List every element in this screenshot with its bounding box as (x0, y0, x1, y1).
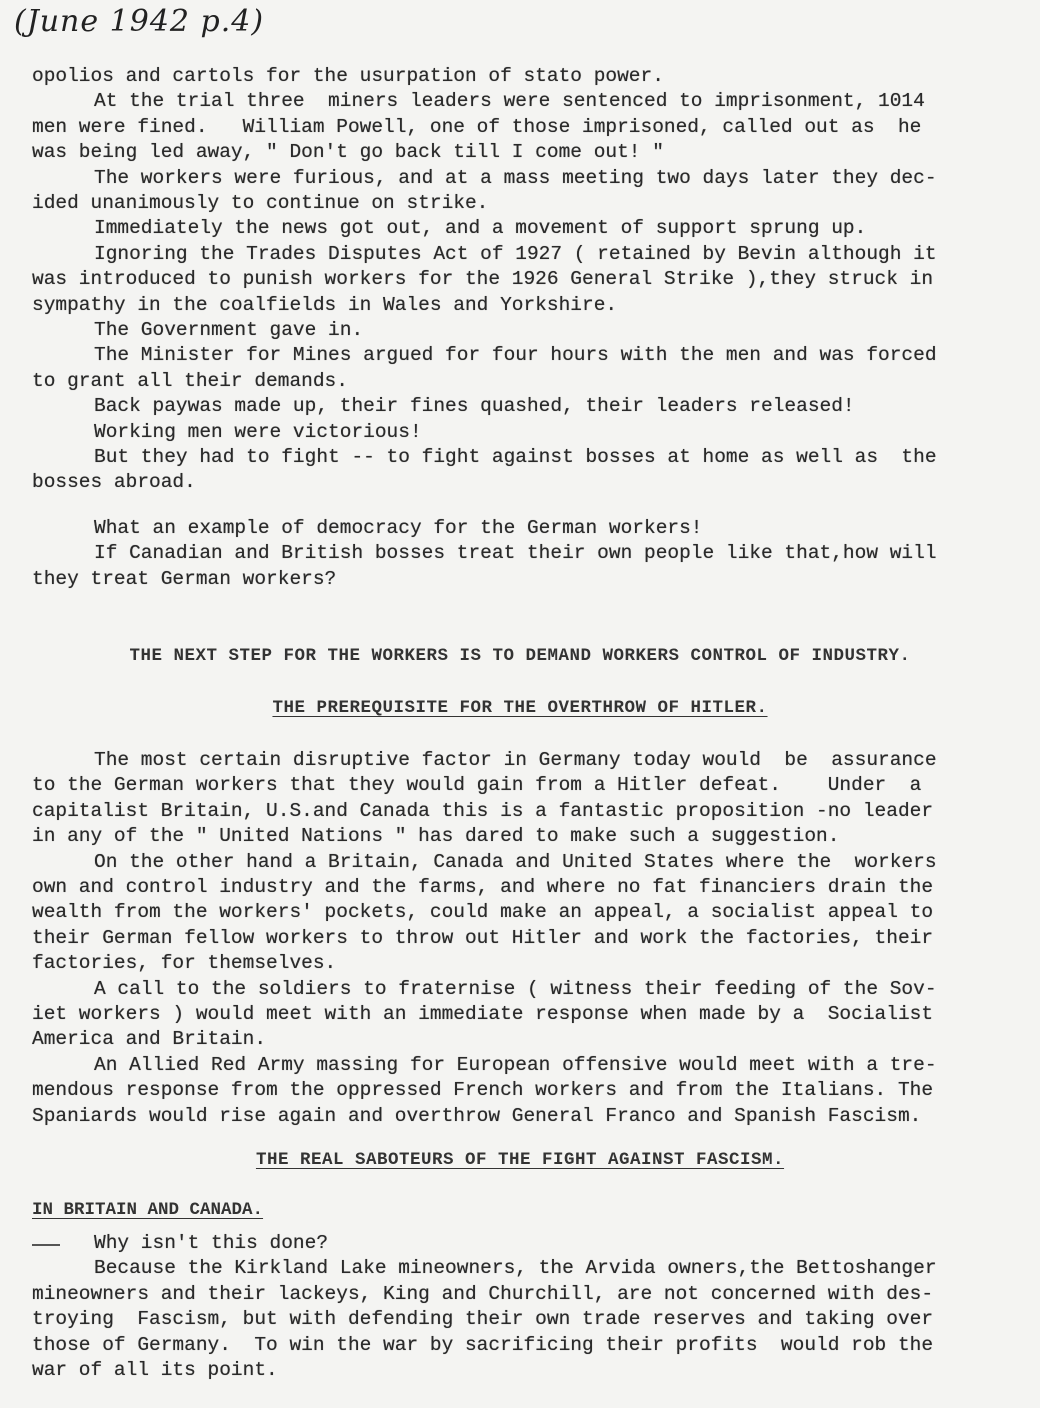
text-line: Spaniards would rise again and overthrow… (32, 1104, 1012, 1129)
heading-prerequisite: THE PREREQUISITE FOR THE OVERTHROW OF HI… (0, 698, 1040, 718)
text-line: An Allied Red Army massing for European … (32, 1053, 1040, 1078)
text-line: mineowners and their lackeys, King and C… (32, 1282, 1012, 1307)
text-line: own and control industry and the farms, … (32, 875, 1012, 900)
text-line: they treat German workers? (32, 567, 1012, 592)
text-line: If Canadian and British bosses treat the… (32, 541, 1040, 566)
text-line: capitalist Britain, U.S.and Canada this … (32, 799, 1012, 824)
text-line: Working men were victorious! (32, 420, 1040, 445)
text-line: troying Fascism, but with defending thei… (32, 1307, 1012, 1332)
text-line: in any of the " United Nations " has dar… (32, 824, 1012, 849)
text-line: Immediately the news got out, and a move… (32, 216, 1040, 241)
text-line: A call to the soldiers to fraternise ( w… (32, 977, 1040, 1002)
text-line: was introduced to punish workers for the… (32, 267, 1012, 292)
text-line: Ignoring the Trades Disputes Act of 1927… (32, 242, 1040, 267)
heading-real-saboteurs-text: THE REAL SABOTEURS OF THE FIGHT AGAINST … (256, 1150, 784, 1170)
heading-prerequisite-text: THE PREREQUISITE FOR THE OVERTHROW OF HI… (272, 698, 767, 718)
text-line: The Minister for Mines argued for four h… (32, 343, 1040, 368)
text-line: wealth from the workers' pockets, could … (32, 900, 1012, 925)
text-line: to the German workers that they would ga… (32, 773, 1012, 798)
text-line: mendous response from the oppressed Fren… (32, 1078, 1012, 1103)
text-line: ided unanimously to continue on strike. (32, 191, 1012, 216)
text-line: those of Germany. To win the war by sacr… (32, 1333, 1012, 1358)
document-page: (June 1942 p.4) opolios and cartols for … (0, 0, 1040, 1408)
text-line: The Government gave in. (32, 318, 1040, 343)
text-line: But they had to fight -- to fight agains… (32, 445, 1040, 470)
heading-next-step: THE NEXT STEP FOR THE WORKERS IS TO DEMA… (0, 646, 1040, 666)
text-line: The most certain disruptive factor in Ge… (32, 748, 1040, 773)
text-line: war of all its point. (32, 1358, 1012, 1383)
text-line: Back paywas made up, their fines quashed… (32, 394, 1040, 419)
text-line: men were fined. William Powell, one of t… (32, 115, 1012, 140)
text-line: America and Britain. (32, 1027, 1012, 1052)
heading-real-saboteurs: THE REAL SABOTEURS OF THE FIGHT AGAINST … (0, 1150, 1040, 1170)
text-line: their German fellow workers to throw out… (32, 926, 1012, 951)
subheading-britain-canada: IN BRITAIN AND CANADA. (32, 1200, 263, 1220)
text-line: factories, for themselves. (32, 951, 1012, 976)
text-line: At the trial three miners leaders were s… (32, 89, 1040, 114)
text-line: opolios and cartols for the usurpation o… (32, 64, 1012, 89)
text-line: What an example of democracy for the Ger… (32, 516, 1040, 541)
text-line: Because the Kirkland Lake mineowners, th… (32, 1256, 1040, 1281)
text-line: to grant all their demands. (32, 369, 1012, 394)
text-line: was being led away, " Don't go back till… (32, 140, 1012, 165)
text-line: sympathy in the coalfields in Wales and … (32, 293, 1012, 318)
text-line: iet workers ) would meet with an immedia… (32, 1002, 1012, 1027)
text-line: On the other hand a Britain, Canada and … (32, 850, 1040, 875)
handwritten-date-note: (June 1942 p.4) (14, 4, 264, 39)
text-line: Why isn't this done? (32, 1231, 1040, 1256)
text-line: bosses abroad. (32, 470, 1012, 495)
text-line: The workers were furious, and at a mass … (32, 166, 1040, 191)
